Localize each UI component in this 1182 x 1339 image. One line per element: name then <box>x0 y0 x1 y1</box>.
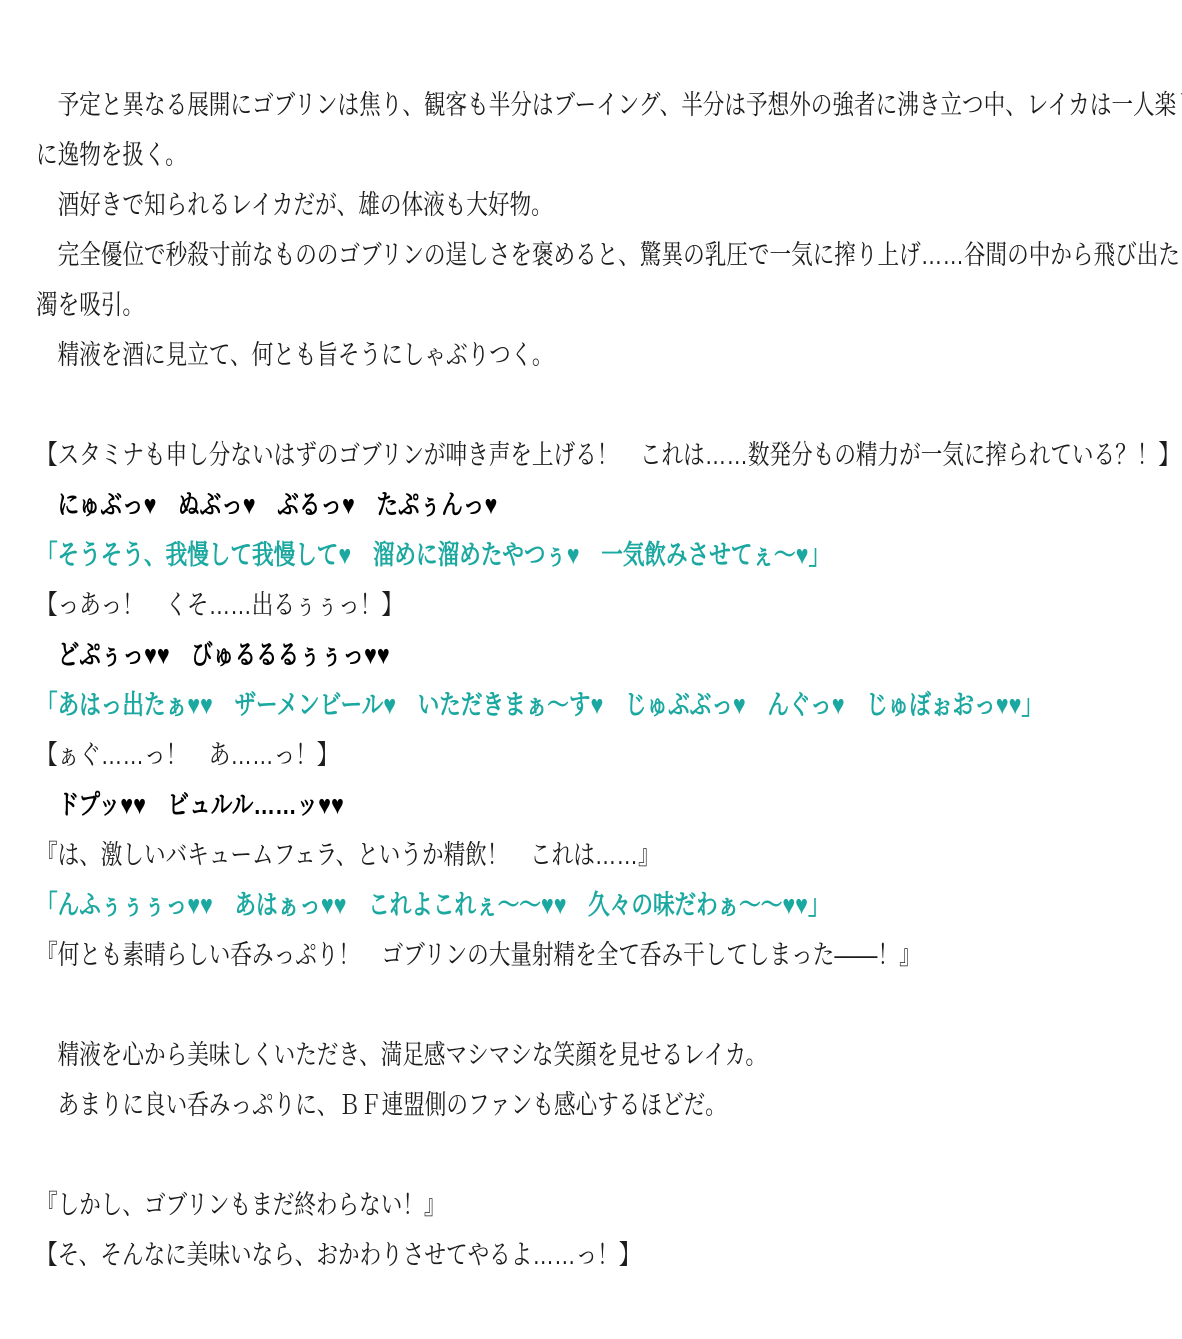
text-line-announcer: 『何とも素晴らしい呑みっぷり！ ゴブリンの大量射精を全て呑み干してしまった――！… <box>36 930 1152 980</box>
text-line-goblin: 【スタミナも申し分ないはずのゴブリンが呻き声を上げる！ これは……数発分もの精力… <box>36 430 1152 480</box>
text-line-dialogue: 「あはっ出たぁ♥♥ ザーメンビール♥ いただきまぁ～す♥ じゅぶぶっ♥ んぐっ♥… <box>36 680 1152 730</box>
text-line-narration: 濁を吸引。 <box>36 280 1152 330</box>
text-line-goblin: 【そ、そんなに美味いなら、おかわりさせてやるよ……っ！】 <box>36 1230 1152 1280</box>
text-line-narration: 精液を心から美味しくいただき、満足感マシマシな笑顔を見せるレイカ。 <box>36 1030 1152 1080</box>
text-line-sfx: にゅぶっ♥ ぬぶっ♥ ぶるっ♥ たぷぅんっ♥ <box>36 480 1152 530</box>
text-line-narration: あまりに良い呑みっぷりに、ＢＦ連盟側のファンも感心するほどだ。 <box>36 1080 1152 1130</box>
text-line-narration: 酒好きで知られるレイカだが、雄の体液も大好物。 <box>36 180 1152 230</box>
text-content: 予定と異なる展開にゴブリンは焦り、観客も半分はブーイング、半分は予想外の強者に沸… <box>36 80 1152 1280</box>
text-line-dialogue: 「そうそう、我慢して我慢して♥ 溜めに溜めたやつぅ♥ 一気飲みさせてぇ～♥」 <box>36 530 1152 580</box>
text-line-narration: 完全優位で秒殺寸前なもののゴブリンの逞しさを褒めると、驚異の乳圧で一気に搾り上げ… <box>36 230 1152 280</box>
text-line-sfx: どぷぅっ♥♥ びゅるるるぅぅっ♥♥ <box>36 630 1152 680</box>
novel-page: 予定と異なる展開にゴブリンは焦り、観客も半分はブーイング、半分は予想外の強者に沸… <box>0 0 1182 1339</box>
text-line-announcer: 『は、激しいバキュームフェラ、というか精飲！ これは……』 <box>36 830 1152 880</box>
text-line-sfx: ドプッ♥♥ ビュルル……ッ♥♥ <box>36 780 1152 830</box>
text-line-announcer: 『しかし、ゴブリンもまだ終わらない！』 <box>36 1180 1152 1230</box>
text-line-narration: に逸物を扱く。 <box>36 130 1152 180</box>
text-line-dialogue: 「んふぅぅぅっ♥♥ あはぁっ♥♥ これよこれぇ～～♥♥ 久々の味だわぁ～～♥♥」 <box>36 880 1152 930</box>
text-line-goblin: 【っあっ！ くそ……出るぅぅっ！】 <box>36 580 1152 630</box>
text-line-goblin: 【ぁぐ……っ！ あ……っ！】 <box>36 730 1152 780</box>
text-line-narration: 精液を酒に見立て、何とも旨そうにしゃぶりつく。 <box>36 330 1152 380</box>
text-line-narration: 予定と異なる展開にゴブリンは焦り、観客も半分はブーイング、半分は予想外の強者に沸… <box>36 80 1152 130</box>
